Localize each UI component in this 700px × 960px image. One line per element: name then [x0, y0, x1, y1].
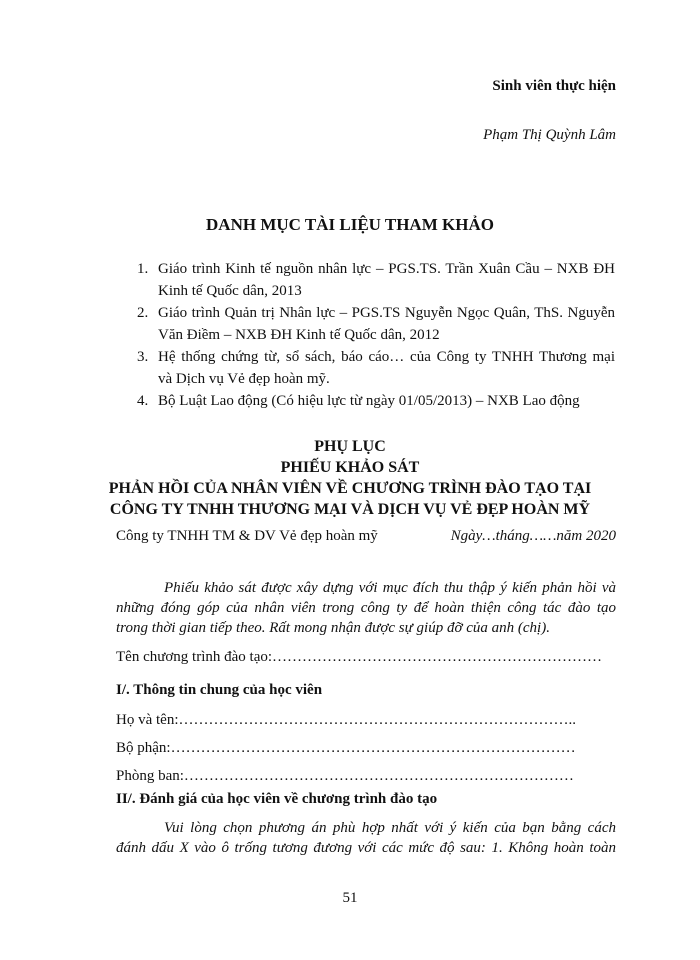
survey-date: Ngày…tháng……năm 2020 — [451, 528, 616, 545]
reference-item: 4. Bộ Luật Lao động (Có hiệu lực từ ngày… — [137, 390, 615, 412]
page-number: 51 — [0, 890, 700, 907]
signature-name: Phạm Thị Quỳnh Lâm — [483, 127, 616, 144]
reference-item: 2. Giáo trình Quản trị Nhân lực – PGS.TS… — [137, 302, 615, 346]
appendix-title: PHỤ LỤC — [0, 438, 700, 456]
intro-paragraph: Phiếu khảo sát được xây dựng với mục đíc… — [116, 578, 616, 638]
program-name-field[interactable]: Tên chương trình đào tạo:………………………………………… — [116, 649, 602, 666]
reference-item: 1. Giáo trình Kinh tế nguồn nhân lực – P… — [137, 258, 615, 302]
company-name: Công ty TNHH TM & DV Vẻ đẹp hoàn mỹ — [116, 528, 378, 545]
signature-title: Sinh viên thực hiện — [492, 78, 616, 95]
references-list: 1. Giáo trình Kinh tế nguồn nhân lực – P… — [137, 258, 615, 412]
section-1-heading: I/. Thông tin chung của học viên — [116, 682, 322, 699]
office-field[interactable]: Phòng ban:…………………………………………………………………… — [116, 768, 574, 785]
full-name-field[interactable]: Họ và tên:…………………………………………………………………….. — [116, 712, 576, 729]
instruction-paragraph: Vui lòng chọn phương án phù hợp nhất với… — [116, 818, 616, 858]
references-heading: DANH MỤC TÀI LIỆU THAM KHẢO — [0, 215, 700, 235]
survey-title: PHIẾU KHẢO SÁT — [0, 459, 700, 477]
survey-heading-line2: CÔNG TY TNHH THƯƠNG MẠI VÀ DỊCH VỤ VẺ ĐẸ… — [0, 501, 700, 519]
section-2-heading: II/. Đánh giá của học viên về chương trì… — [116, 791, 437, 808]
survey-heading-line1: PHẢN HỒI CỦA NHÂN VIÊN VỀ CHƯƠNG TRÌNH Đ… — [0, 480, 700, 498]
department-field[interactable]: Bộ phận:……………………………………………………………………… — [116, 740, 576, 757]
reference-item: 3. Hệ thống chứng từ, sổ sách, báo cáo… … — [137, 346, 615, 390]
